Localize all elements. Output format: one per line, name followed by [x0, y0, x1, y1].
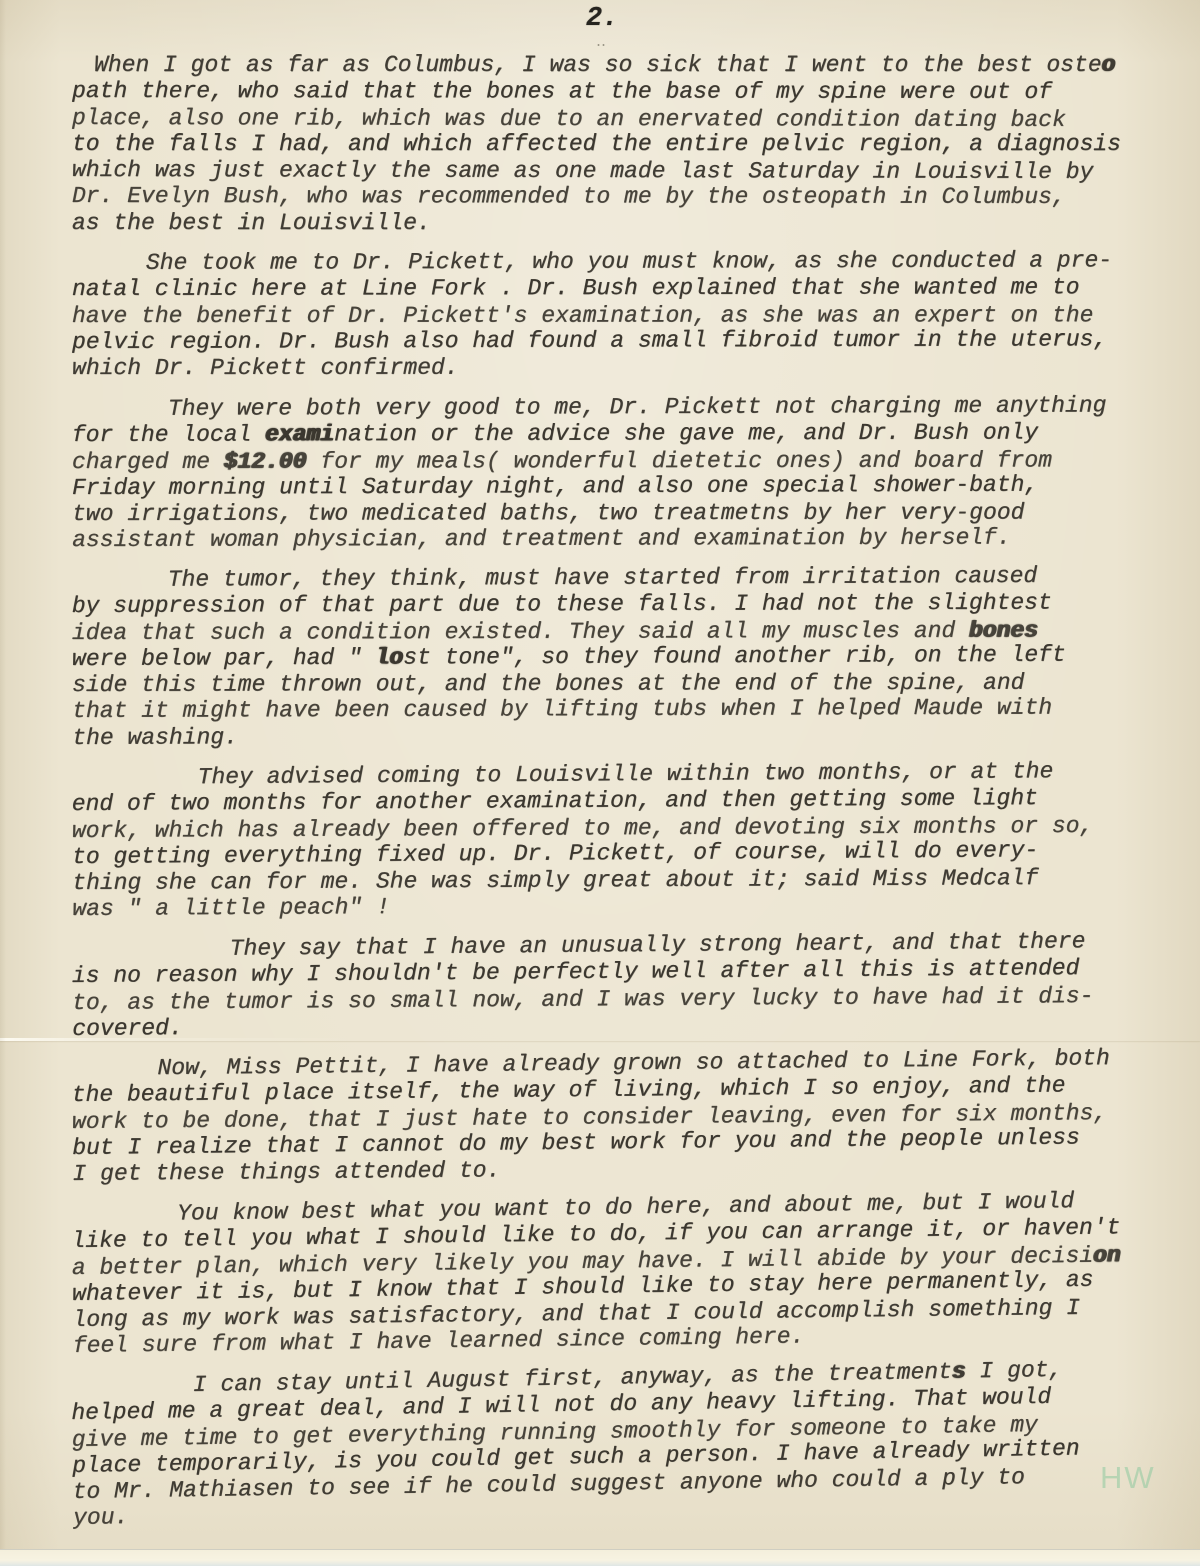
page-number: 2. [586, 4, 618, 34]
text-line: which was just exactly the same as one m… [72, 157, 1152, 185]
scan-edge-left [0, 0, 6, 1566]
overstruck-text: exami [265, 421, 334, 447]
paragraph: Now, Miss Pettit, I have already grown s… [71, 1046, 1152, 1188]
text-line: They were both very good to me, Dr. Pick… [168, 392, 1152, 422]
paragraph: You know best what you want to do here, … [71, 1188, 1153, 1360]
paragraph: They advised coming to Louisville within… [72, 759, 1153, 923]
overstruck-text: s [952, 1358, 966, 1384]
overstruck-text: on [1093, 1242, 1121, 1268]
text-line: place, also one rib, which was due to an… [72, 105, 1152, 133]
overstruck-text: $12.00 [224, 448, 307, 474]
text-line: Dr. Evelyn Bush, who was recommended to … [72, 183, 1152, 210]
text-line: When I got as far as Columbus, I was so … [94, 52, 1152, 78]
letter-body: When I got as far as Columbus, I was so … [72, 52, 1152, 1545]
paper-fold-crease [0, 1038, 1200, 1041]
letter-page: 2. ‥ When I got as far as Columbus, I wa… [0, 0, 1200, 1566]
archive-watermark: HW [1100, 1460, 1156, 1496]
overstruck-text: lo [376, 645, 404, 671]
paragraph: The tumor, they think, must have started… [72, 564, 1153, 752]
paragraph: She took me to Dr. Pickett, who you must… [72, 248, 1152, 381]
stray-pencil-mark: ‥ [596, 32, 608, 51]
paragraph: When I got as far as Columbus, I was so … [72, 52, 1152, 237]
text-line: pelvic region. Dr. Bush also had found a… [72, 326, 1152, 355]
text-line: path there, who said that the bones at t… [72, 78, 1152, 105]
scan-edge-bottom [0, 1549, 1200, 1566]
text-line: She took me to Dr. Pickett, who you must… [146, 247, 1152, 276]
text-line: to the falls I had, and which affected t… [72, 131, 1152, 157]
paragraph: They say that I have an unusually strong… [72, 929, 1153, 1043]
text-line: was " a little peach" ! [72, 890, 1152, 923]
text-line: natal clinic here at Line Fork . Dr. Bus… [72, 274, 1152, 302]
text-line: assistant woman physician, and treatment… [72, 524, 1152, 553]
overstruck-text: o [1102, 52, 1116, 78]
text-line: which Dr. Pickett confirmed. [72, 355, 1152, 382]
text-line: were below par, had " lost tone", so the… [72, 642, 1152, 673]
text-line: two irrigations, two medicated baths, tw… [72, 499, 1152, 527]
text-line: the washing. [72, 720, 1152, 751]
paragraph: They were both very good to me, Dr. Pick… [72, 393, 1152, 554]
text-line: for the local examination or the advice … [72, 419, 1152, 448]
paragraph: I can stay until August first, anyway, a… [71, 1356, 1153, 1532]
text-line: as the best in Louisville. [72, 210, 1152, 236]
text-line: charged me $12.00 for my meals( wonderfu… [72, 446, 1152, 474]
text-line: The tumor, they think, must have started… [168, 563, 1152, 594]
text-line: have the benefit of Dr. Pickett's examin… [72, 302, 1152, 329]
overstruck-text: bones [969, 618, 1038, 644]
text-line: Friday morning until Saturday night, and… [72, 471, 1152, 501]
text-line: by suppression of that part due to these… [72, 590, 1152, 620]
